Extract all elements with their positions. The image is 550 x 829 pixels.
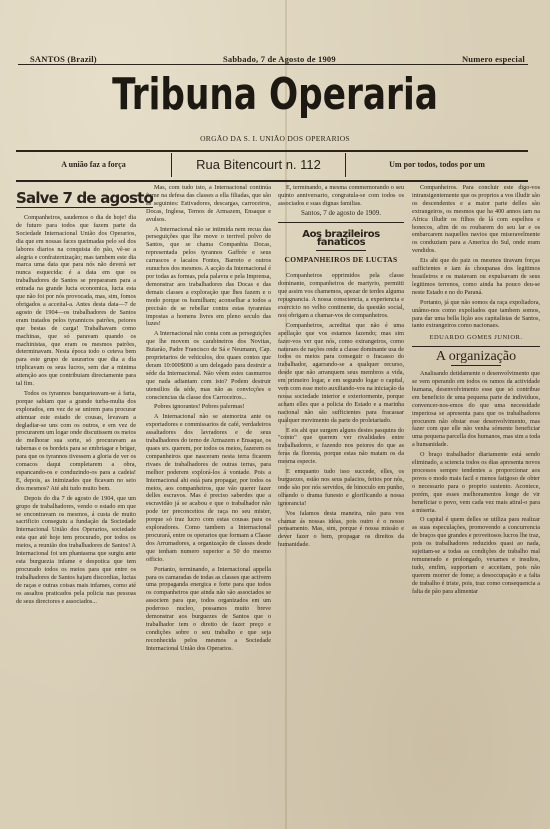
paragraph: Analisando detidamente o desenvolvimento… — [412, 370, 540, 449]
paragraph: Companheiros, saudemos o dia de hoje! di… — [16, 214, 136, 388]
column-4: Companheiros. Para concluir este digo-vo… — [412, 184, 540, 598]
column-3: E, terminando, a mesma commemorando o se… — [278, 184, 404, 551]
motto-band: A união faz a força Rua Bitencourt n. 11… — [16, 153, 528, 177]
article-dateline: Santos, 7 de agosto de 1909. — [278, 210, 404, 218]
article-headline: A organização — [412, 353, 540, 361]
paragraph: E, terminando, a mesma commemorando o se… — [278, 184, 404, 208]
paragraph: Eis ahi que do paiz os mesmos tiravam fo… — [412, 257, 540, 297]
article-headline: Salve 7 de agosto — [16, 190, 153, 208]
divider — [16, 150, 528, 152]
issue-date: Sabbado, 7 de Agosto de 1909 — [223, 54, 336, 64]
paragraph: Companheiros opprimidos pela classe domi… — [278, 272, 404, 319]
paragraph: A Internacional não se intimida nem recu… — [146, 226, 271, 329]
article-headline: Aos brazileiros fanaticos — [278, 231, 404, 247]
dateline-bar: SANTOS (Brazil) Sabbado, 7 de Agosto de … — [30, 50, 525, 64]
masthead-title: Tribuna Operaria — [61, 70, 490, 120]
article-subhead: COMPANHEIROS DE LUCTAS — [278, 256, 404, 264]
divider — [412, 346, 540, 347]
divider — [316, 250, 366, 251]
paragraph: Portanto, terminando, a Internacional ap… — [146, 566, 271, 653]
paragraph: E eis ahi que surgem alguns destes pasqu… — [278, 427, 404, 467]
divider — [18, 64, 528, 65]
paragraph: Companheiros, acreditai que não é uma ap… — [278, 322, 404, 425]
paragraph: Depois do dia 7 de agosto de 1904, que u… — [16, 495, 136, 606]
paragraph: O capital é quem delles se utiliza para … — [412, 516, 540, 595]
divider — [278, 222, 404, 223]
author-signature: EDUARDO GOMES JUNIOR. — [412, 334, 540, 342]
place: SANTOS (Brazil) — [30, 54, 97, 64]
address: Rua Bitencourt n. 112 — [171, 153, 346, 177]
paragraph: Companheiros. Para concluir este digo-vo… — [412, 184, 540, 255]
paragraph: Mas, com tudo isto, a Internacional cont… — [146, 184, 271, 224]
column-1: Salve 7 de agosto Companheiros, saudemos… — [16, 184, 136, 607]
paragraph: A Internacional não conta com as persegu… — [146, 330, 271, 401]
motto-right: Um por todos, todos por um — [346, 153, 528, 177]
divider — [16, 180, 528, 182]
motto-left: A união faz a força — [16, 153, 171, 177]
paragraph: Vos falamos desta maneira, não para vos … — [278, 510, 404, 550]
paragraph: A Internacional não se atemoriza ante os… — [146, 413, 271, 563]
paragraph: Todos os tyrannos banqueteavam-se á fart… — [16, 390, 136, 493]
paragraph: O braço trabalhador diariamente está sen… — [412, 451, 540, 514]
paragraph: Portanto, já que não somos da raça expol… — [412, 299, 540, 331]
column-2: Mas, com tudo isto, a Internacional cont… — [146, 184, 271, 655]
divider — [451, 365, 501, 366]
organ-subtitle: ORGÃO DA S. I. UNIÃO DOS OPERARIOS — [0, 134, 550, 143]
paragraph: E emquanto tudo isso succede, elles, os … — [278, 468, 404, 508]
paragraph: Pobres ignorantes! Pobres palermas! — [146, 403, 271, 411]
edition-label: Numero especial — [462, 54, 525, 64]
